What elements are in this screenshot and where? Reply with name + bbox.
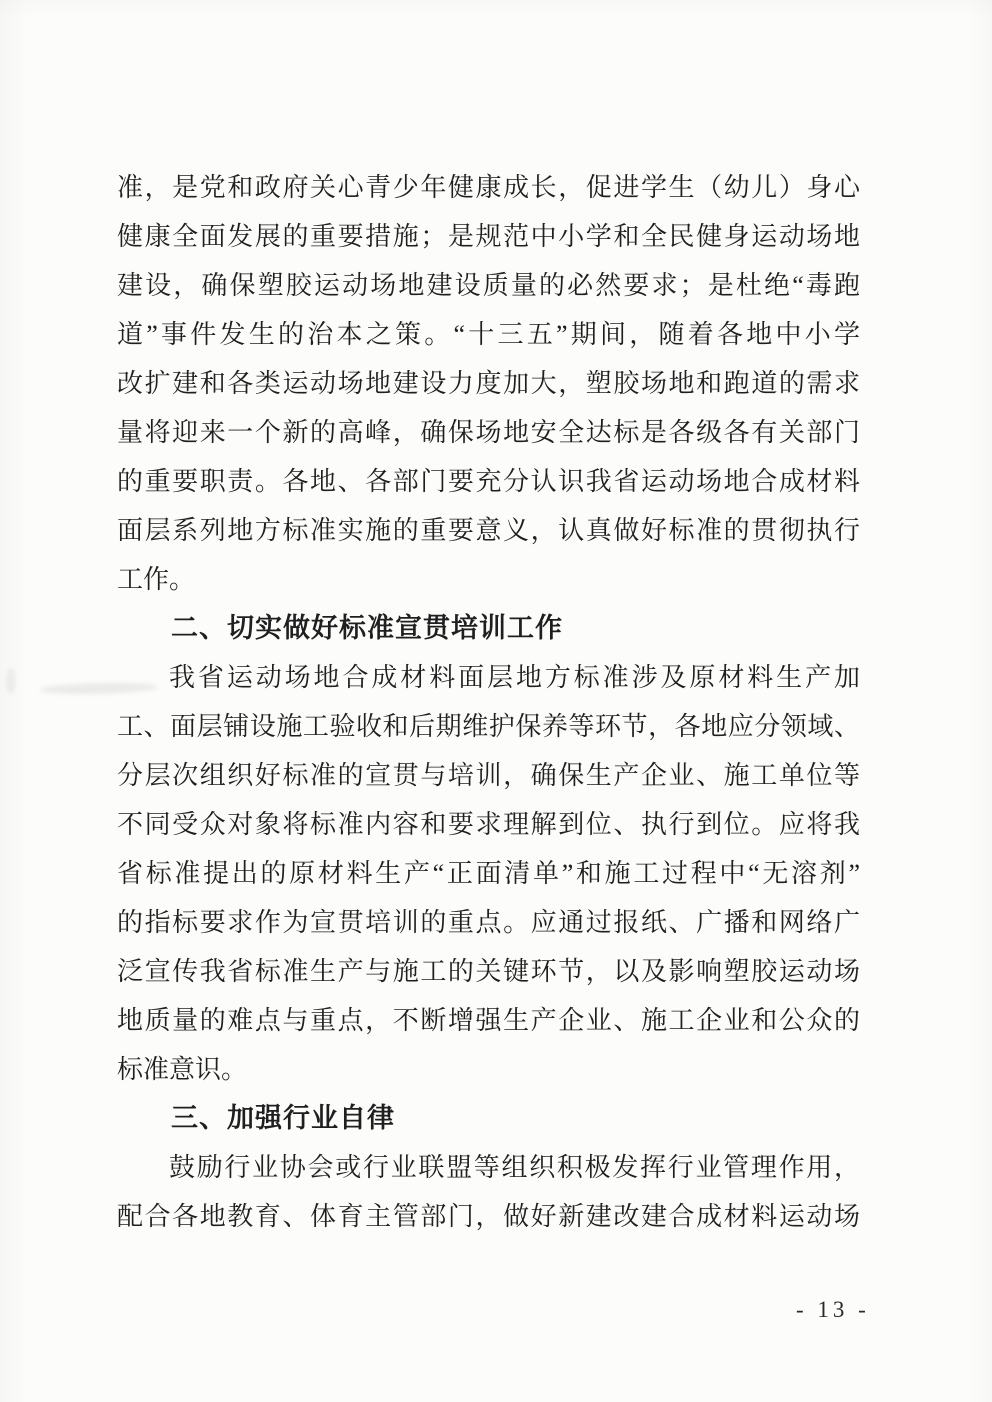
text-line: 泛宣传我省标准生产与施工的关键环节，以及影响塑胶运动场 <box>117 947 860 996</box>
text-line: 面层系列地方标准实施的重要意义，认真做好标准的贯彻执行 <box>117 506 860 555</box>
scanned-document-page: 准，是党和政府关心青少年健康成长，促进学生（幼儿）身心健康全面发展的重要措施；是… <box>0 0 992 1402</box>
text-line: 鼓励行业协会或行业联盟等组织积极发挥行业管理作用， <box>117 1143 860 1192</box>
section-heading: 三、加强行业自律 <box>117 1094 860 1143</box>
text-line: 标准意识。 <box>117 1045 860 1094</box>
text-line: 配合各地教育、体育主管部门，做好新建改建合成材料运动场 <box>117 1192 860 1241</box>
text-line: 省标准提出的原材料生产“正面清单”和施工过程中“无溶剂” <box>117 849 860 898</box>
text-line: 工作。 <box>117 555 860 604</box>
text-line: 道”事件发生的治本之策。“十三五”期间，随着各地中小学 <box>117 310 860 359</box>
text-line: 地质量的难点与重点，不断增强生产企业、施工企业和公众的 <box>117 996 860 1045</box>
text-line: 量将迎来一个新的高峰，确保场地安全达标是各级各有关部门 <box>117 408 860 457</box>
text-line: 分层次组织好标准的宣贯与培训，确保生产企业、施工单位等 <box>117 751 860 800</box>
text-line: 的指标要求作为宣贯培训的重点。应通过报纸、广播和网络广 <box>117 898 860 947</box>
page-number: - 13 - <box>796 1297 886 1323</box>
text-line: 工、面层铺设施工验收和后期维护保养等环节，各地应分领域、 <box>117 702 860 751</box>
section-heading: 二、切实做好标准宣贯培训工作 <box>117 604 860 653</box>
text-line: 不同受众对象将标准内容和要求理解到位、执行到位。应将我 <box>117 800 860 849</box>
text-line: 我省运动场地合成材料面层地方标准涉及原材料生产加 <box>117 653 860 702</box>
text-line: 健康全面发展的重要措施；是规范中小学和全民健身运动场地 <box>117 212 860 261</box>
text-line: 的重要职责。各地、各部门要充分认识我省运动场地合成材料 <box>117 457 860 506</box>
document-text: 准，是党和政府关心青少年健康成长，促进学生（幼儿）身心健康全面发展的重要措施；是… <box>117 163 860 1241</box>
text-line: 改扩建和各类运动场地建设力度加大，塑胶场地和跑道的需求 <box>117 359 860 408</box>
text-line: 建设，确保塑胶运动场地建设质量的必然要求；是杜绝“毒跑 <box>117 261 860 310</box>
scan-artifact <box>6 668 16 694</box>
text-line: 准，是党和政府关心青少年健康成长，促进学生（幼儿）身心 <box>117 163 860 212</box>
